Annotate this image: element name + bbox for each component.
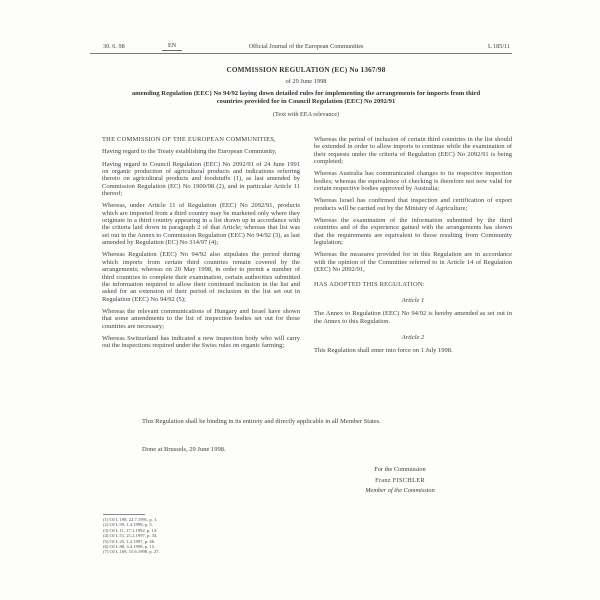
right-column: Whereas the period of inclusion of certa… (314, 136, 512, 360)
header-journal-title: Official Journal of the European Communi… (100, 43, 512, 50)
done-at-line: Done at Brussels, 29 June 1998. (142, 446, 226, 453)
signature-name: Franz FISCHLER (310, 476, 490, 487)
eea-relevance-note: (Text with EEA relevance) (120, 111, 492, 118)
binding-formula: This Regulation shall be binding in its … (142, 418, 454, 426)
article-2-heading: Article 2 (314, 334, 512, 341)
recital: Having regard to the Treaty establishing… (102, 148, 300, 155)
recital: Whereas the examination of the informati… (314, 217, 512, 246)
signature-on-behalf: For the Commission (310, 465, 490, 476)
has-adopted-line: HAS ADOPTED THIS REGULATION: (314, 281, 512, 288)
title-block: COMMISSION REGULATION (EC) No 1367/98 of… (120, 66, 492, 118)
recital: Whereas Regulation (EEC) No 94/92 also s… (102, 251, 300, 302)
regulation-date: of 29 June 1998 (120, 78, 492, 85)
header-page-ref: L 185/11 (488, 43, 510, 50)
commission-opening-line: THE COMMISSION OF THE EUROPEAN COMMUNITI… (102, 136, 300, 143)
regulation-title: COMMISSION REGULATION (EC) No 1367/98 (120, 66, 492, 74)
recital: Whereas Australia has communicated chang… (314, 170, 512, 192)
recital: Whereas Switzerland has indicated a new … (102, 335, 300, 350)
footnote-rule (103, 514, 145, 515)
signature-role: Member of the Commission (310, 486, 490, 497)
regulation-subject: amending Regulation (EEC) No 94/92 layin… (120, 90, 492, 106)
header-rule (90, 53, 512, 54)
document-page: 30. 6. 98 EN Official Journal of the Eur… (0, 0, 600, 600)
recital: Having regard to Council Regulation (EEC… (102, 161, 300, 198)
recital: Whereas the relevant communications of H… (102, 308, 300, 330)
article-2-body: This Regulation shall enter into force o… (314, 347, 512, 354)
page-header: 30. 6. 98 EN Official Journal of the Eur… (100, 42, 512, 53)
recital: Whereas the measures provided for in thi… (314, 251, 512, 273)
recital: Whereas Israel has confirmed that inspec… (314, 197, 512, 212)
article-1-heading: Article 1 (314, 297, 512, 304)
left-column: THE COMMISSION OF THE EUROPEAN COMMUNITI… (102, 136, 300, 355)
recital: Whereas, under Article 11 of Regulation … (102, 202, 300, 246)
footnote-block: (1) OJ L 198, 22.7.1991, p. 1. (2) OJ L … (103, 517, 303, 555)
footnote: (7) OJ L 169, 15.6.1998, p. 27. (103, 549, 303, 554)
article-1-body: The Annex to Regulation (EEC) No 94/92 i… (314, 310, 512, 325)
signature-block: For the Commission Franz FISCHLER Member… (310, 465, 490, 497)
recital: Whereas the period of inclusion of certa… (314, 136, 512, 165)
